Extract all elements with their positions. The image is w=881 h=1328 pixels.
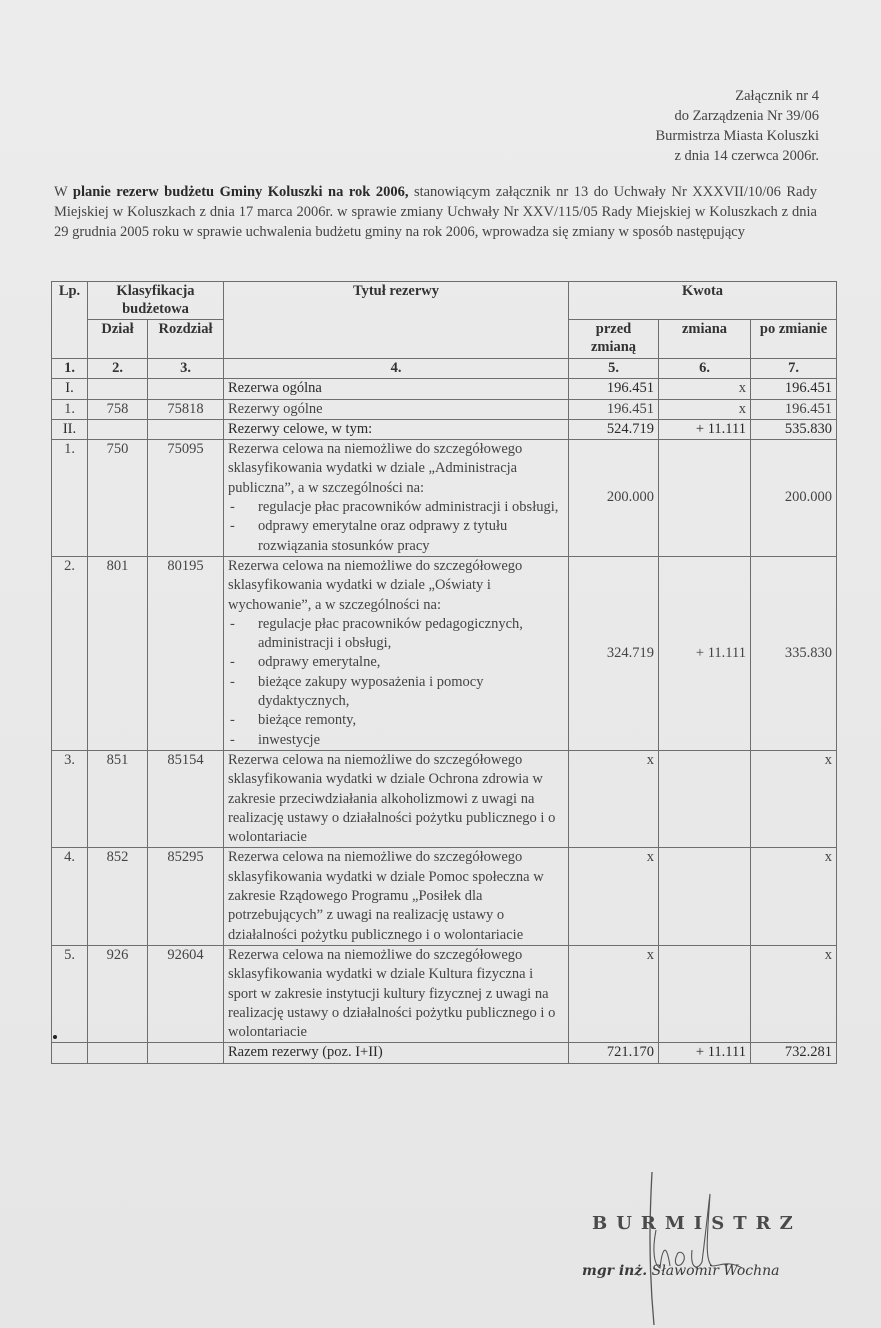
change-cell: + 11.111 <box>659 1043 751 1063</box>
rozdzial-cell: 85295 <box>148 848 224 945</box>
section-row-general: I. Rezerwa ogólna 196.451 x 196.451 <box>52 379 837 399</box>
change-cell <box>659 750 751 847</box>
bullet-text: bieżące zakupy wyposażenia i pomocy dyda… <box>258 673 564 712</box>
change-cell: x <box>659 399 751 419</box>
change-cell: + 11.111 <box>659 419 751 439</box>
dzial-cell: 801 <box>88 556 148 750</box>
reserve-description: Rezerwa celowa na niemożliwe do szczegół… <box>228 751 564 847</box>
title-cell: Rezerwy celowe, w tym: <box>224 419 569 439</box>
reserve-bullet: -bieżące remonty, <box>228 711 564 730</box>
title-cell: Rezerwa ogólna <box>224 379 569 399</box>
lp-cell: 5. <box>52 945 88 1042</box>
reserves-table: Lp. Klasyfikacja budżetowa Tytuł rezerwy… <box>51 281 837 1064</box>
before-cell: 196.451 <box>569 399 659 419</box>
col-number: 6. <box>659 359 751 379</box>
lp-cell: II. <box>52 419 88 439</box>
title-cell: Rezerwy ogólne <box>224 399 569 419</box>
dzial-cell: 750 <box>88 440 148 557</box>
before-cell: 524.719 <box>569 419 659 439</box>
bullet-text: regulacje płac pracowników administracji… <box>258 498 564 517</box>
title-cell: Rezerwa celowa na niemożliwe do szczegół… <box>224 848 569 945</box>
header-classification: Klasyfikacja budżetowa <box>88 282 224 320</box>
dash-icon: - <box>228 517 258 556</box>
header-amount: Kwota <box>569 282 837 320</box>
col-number: 2. <box>88 359 148 379</box>
reserve-bullet: -odprawy emerytalne oraz odprawy z tytuł… <box>228 517 564 556</box>
table-row: 3.85185154Rezerwa celowa na niemożliwe d… <box>52 750 837 847</box>
reserve-bullet: -regulacje płac pracowników pedagogiczny… <box>228 615 564 654</box>
signature-prefix: mgr inż. <box>582 1263 647 1279</box>
lp-cell: 3. <box>52 750 88 847</box>
col-number: 5. <box>569 359 659 379</box>
annex-header: Załącznik nr 4 do Zarządzenia Nr 39/06 B… <box>655 86 819 166</box>
signature-block: BURMISTRZ mgr inż. Sławomir Wochna <box>592 1208 852 1318</box>
bullet-text: bieżące remonty, <box>258 711 564 730</box>
dzial-cell: 926 <box>88 945 148 1042</box>
dash-icon: - <box>228 711 258 730</box>
intro-paragraph: W planie rezerw budżetu Gminy Koluszki n… <box>54 182 817 242</box>
targeted-rows: 1.75075095Rezerwa celowa na niemożliwe d… <box>52 440 837 1043</box>
after-cell: 335.830 <box>751 556 837 750</box>
change-cell <box>659 848 751 945</box>
before-cell: 200.000 <box>569 440 659 557</box>
dzial-cell: 852 <box>88 848 148 945</box>
bullet-text: regulacje płac pracowników pedagogicznyc… <box>258 615 564 654</box>
title-cell: Rezerwa celowa na niemożliwe do szczegół… <box>224 556 569 750</box>
header-after: po zmianie <box>751 320 837 359</box>
reserve-description: Rezerwa celowa na niemożliwe do szczegół… <box>228 557 564 615</box>
after-cell: 732.281 <box>751 1043 837 1063</box>
change-cell: + 11.111 <box>659 556 751 750</box>
table-row: 2.80180195Rezerwa celowa na niemożliwe d… <box>52 556 837 750</box>
annex-line: Burmistrza Miasta Koluszki <box>655 126 819 146</box>
handwritten-signature-icon <box>632 1170 772 1328</box>
after-cell: 200.000 <box>751 440 837 557</box>
lp-cell: I. <box>52 379 88 399</box>
after-cell: x <box>751 945 837 1042</box>
rozdzial-cell: 75095 <box>148 440 224 557</box>
table-row: 1.75075095Rezerwa celowa na niemożliwe d… <box>52 440 837 557</box>
dash-icon: - <box>228 615 258 654</box>
annex-line: z dnia 14 czerwca 2006r. <box>655 146 819 166</box>
reserve-bullet: -regulacje płac pracowników administracj… <box>228 498 564 517</box>
dash-icon: - <box>228 653 258 672</box>
scan-speck <box>53 1035 57 1039</box>
bullet-text: odprawy emerytalne, <box>258 653 564 672</box>
change-cell <box>659 945 751 1042</box>
after-cell: x <box>751 848 837 945</box>
after-cell: 196.451 <box>751 399 837 419</box>
rozdzial-cell: 85154 <box>148 750 224 847</box>
lp-cell: 1. <box>52 399 88 419</box>
dzial-cell: 851 <box>88 750 148 847</box>
title-cell: Rezerwa celowa na niemożliwe do szczegół… <box>224 440 569 557</box>
reserve-bullet: -bieżące zakupy wyposażenia i pomocy dyd… <box>228 673 564 712</box>
header-change: zmiana <box>659 320 751 359</box>
reserve-description: Rezerwa celowa na niemożliwe do szczegół… <box>228 946 564 1042</box>
header-before: przed zmianą <box>569 320 659 359</box>
signature-title: BURMISTRZ <box>592 1213 802 1234</box>
column-numbers-row: 1. 2. 3. 4. 5. 6. 7. <box>52 359 837 379</box>
lp-cell: 4. <box>52 848 88 945</box>
before-cell: 721.170 <box>569 1043 659 1063</box>
table-row: 1. 758 75818 Rezerwy ogólne 196.451 x 19… <box>52 399 837 419</box>
title-cell: Razem rezerwy (poz. I+II) <box>224 1043 569 1063</box>
before-cell: x <box>569 945 659 1042</box>
bullet-text: odprawy emerytalne oraz odprawy z tytułu… <box>258 517 564 556</box>
reserve-description: Rezerwa celowa na niemożliwe do szczegół… <box>228 440 564 498</box>
total-row: Razem rezerwy (poz. I+II) 721.170 + 11.1… <box>52 1043 837 1063</box>
section-row-targeted: II. Rezerwy celowe, w tym: 524.719 + 11.… <box>52 419 837 439</box>
change-cell <box>659 440 751 557</box>
title-cell: Rezerwa celowa na niemożliwe do szczegół… <box>224 945 569 1042</box>
intro-lead: W <box>54 184 67 200</box>
before-cell: 196.451 <box>569 379 659 399</box>
before-cell: x <box>569 750 659 847</box>
after-cell: 535.830 <box>751 419 837 439</box>
header-rozdzial: Rozdział <box>148 320 224 359</box>
dash-icon: - <box>228 498 258 517</box>
reserve-bullet: -inwestycje <box>228 731 564 750</box>
col-number: 3. <box>148 359 224 379</box>
before-cell: x <box>569 848 659 945</box>
signature-name: mgr inż. Sławomir Wochna <box>582 1263 780 1279</box>
header-title: Tytuł rezerwy <box>224 282 569 359</box>
header-dzial: Dział <box>88 320 148 359</box>
col-number: 1. <box>52 359 88 379</box>
intro-bold: planie rezerw budżetu Gminy Koluszki na … <box>73 184 409 200</box>
reserve-description: Rezerwa celowa na niemożliwe do szczegół… <box>228 848 564 944</box>
rozdzial-cell: 92604 <box>148 945 224 1042</box>
header-lp: Lp. <box>52 282 88 359</box>
reserve-bullet: -odprawy emerytalne, <box>228 653 564 672</box>
signature-person: Sławomir Wochna <box>652 1263 780 1279</box>
table-row: 5.92692604Rezerwa celowa na niemożliwe d… <box>52 945 837 1042</box>
dzial-cell: 758 <box>88 399 148 419</box>
lp-cell: 2. <box>52 556 88 750</box>
col-number: 7. <box>751 359 837 379</box>
annex-line: do Zarządzenia Nr 39/06 <box>655 106 819 126</box>
table-row: 4.85285295Rezerwa celowa na niemożliwe d… <box>52 848 837 945</box>
annex-line: Załącznik nr 4 <box>655 86 819 106</box>
dash-icon: - <box>228 731 258 750</box>
col-number: 4. <box>224 359 569 379</box>
lp-cell: 1. <box>52 440 88 557</box>
rozdzial-cell: 80195 <box>148 556 224 750</box>
before-cell: 324.719 <box>569 556 659 750</box>
change-cell: x <box>659 379 751 399</box>
rozdzial-cell: 75818 <box>148 399 224 419</box>
title-cell: Rezerwa celowa na niemożliwe do szczegół… <box>224 750 569 847</box>
after-cell: x <box>751 750 837 847</box>
after-cell: 196.451 <box>751 379 837 399</box>
dash-icon: - <box>228 673 258 712</box>
bullet-text: inwestycje <box>258 731 564 750</box>
